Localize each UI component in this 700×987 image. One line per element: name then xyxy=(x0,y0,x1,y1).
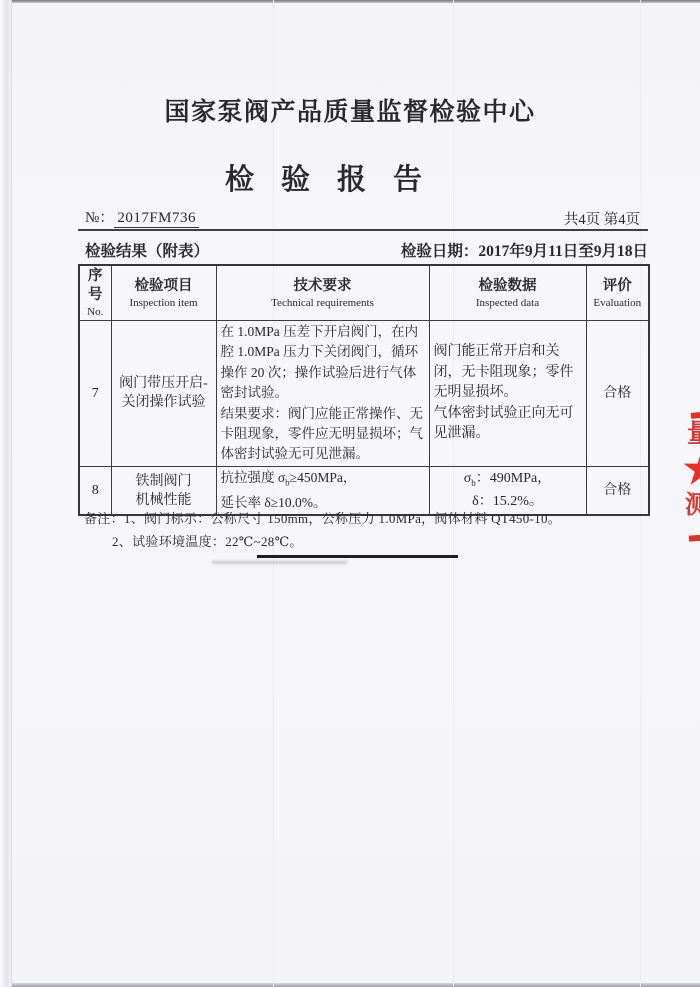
row7-evaluation: 合格 xyxy=(586,321,649,467)
col-header-tech-en: Technical requirements xyxy=(221,296,425,310)
scanned-report-page: 国家泵阀产品质量监督检验中心 检验报告 №：2017FM736 共4页 第4页 … xyxy=(0,0,700,987)
table-row-7: 7 阀门带压开启-关闭操作试验 在 1.0MPa 压差下开启阀门，在内腔 1.0… xyxy=(79,321,649,467)
row8-tech-line1: 抗拉强度 σb≥450MPa， xyxy=(221,468,425,493)
red-stamp-bar-bottom xyxy=(689,534,700,541)
row7-technical-requirements: 在 1.0MPa 压差下开启阀门，在内腔 1.0MPa 压力下关闭阀门，循环操作… xyxy=(216,321,429,467)
col-header-data: 检验数据 Inspected data xyxy=(429,265,586,321)
row7-data-p2: 气体密封试验正向无可见泄漏。 xyxy=(434,404,582,445)
scan-left-edge-shadow xyxy=(0,0,12,987)
row7-tech-p1: 在 1.0MPa 压差下开启阀门，在内腔 1.0MPa 压力下关闭阀门，循环操作… xyxy=(221,322,425,404)
red-stamp-star-icon: ★ xyxy=(683,449,700,491)
col-header-eval-en: Evaluation xyxy=(591,296,645,310)
col-header-no-zh: 序号 xyxy=(84,267,107,305)
row7-tech-p2: 结果要求：阀门应能正常操作、无卡阻现象，零件应无明显损坏；气体密封试验无可见泄漏… xyxy=(221,404,425,465)
report-number-label: №： xyxy=(85,210,114,226)
red-stamp-character-top: 量 xyxy=(687,421,700,447)
col-header-item-zh: 检验项目 xyxy=(116,277,212,296)
row7-no: 7 xyxy=(79,321,111,467)
col-header-data-en: Inspected data xyxy=(434,296,582,310)
col-header-item-en: Inspection item xyxy=(116,296,212,310)
page-count: 共4页 第4页 xyxy=(564,208,640,229)
report-number-value: 2017FM736 xyxy=(114,210,199,228)
remark-line-2: 2、试验环境温度：22℃~28℃。 xyxy=(112,531,303,550)
col-header-no: 序号 No. xyxy=(79,265,111,321)
red-stamp-character-bottom: 测 xyxy=(685,493,700,518)
row7-inspected-data: 阀门能正常开启和关闭，无卡阻现象；零件无明显损坏。 气体密封试验正向无可见泄漏。 xyxy=(429,321,586,467)
col-header-item: 检验项目 Inspection item xyxy=(111,265,216,321)
report-number-line: №：2017FM736 xyxy=(85,206,199,227)
col-header-no-en: No. xyxy=(84,305,107,319)
header-rule xyxy=(78,229,648,231)
col-header-data-zh: 检验数据 xyxy=(434,277,582,296)
row8-evaluation: 合格 xyxy=(586,466,649,515)
table-header-row: 序号 No. 检验项目 Inspection item 技术要求 Technic… xyxy=(79,265,649,321)
report-title-wrap: 检验报告 xyxy=(0,157,700,198)
row7-data-p1: 阀门能正常开启和关闭，无卡阻现象；零件无明显损坏。 xyxy=(434,342,582,404)
row7-item: 阀门带压开启-关闭操作试验 xyxy=(111,321,216,467)
inspection-results-table: 序号 No. 检验项目 Inspection item 技术要求 Technic… xyxy=(78,264,650,516)
col-header-tech-zh: 技术要求 xyxy=(221,277,425,296)
col-header-eval: 评价 Evaluation xyxy=(586,265,649,321)
col-header-eval-zh: 评价 xyxy=(591,277,645,296)
remark-line-1: 备注：1、阀门标示：公称尺寸 150mm，公称压力 1.0MPa，阀体材料 QT… xyxy=(84,508,561,527)
row8-item-line2: 机械性能 xyxy=(116,491,212,510)
row8-data-line1: σb：490MPa， xyxy=(434,469,582,493)
result-section-label: 检验结果（附表） xyxy=(85,239,209,261)
report-title: 检验报告 xyxy=(225,157,449,198)
scan-top-edge xyxy=(0,0,700,3)
org-name-title: 国家泵阀产品质量监督检验中心 xyxy=(0,92,700,128)
scan-bottom-edge xyxy=(0,983,700,987)
row8-item-line1: 铁制阀门 xyxy=(116,472,212,491)
red-stamp-bar-top xyxy=(691,411,700,419)
inspection-date: 检验日期：2017年9月11日至9月18日 xyxy=(401,239,648,261)
scan-smear xyxy=(212,561,347,564)
end-of-report-bar xyxy=(257,555,458,558)
col-header-tech: 技术要求 Technical requirements xyxy=(216,265,429,321)
